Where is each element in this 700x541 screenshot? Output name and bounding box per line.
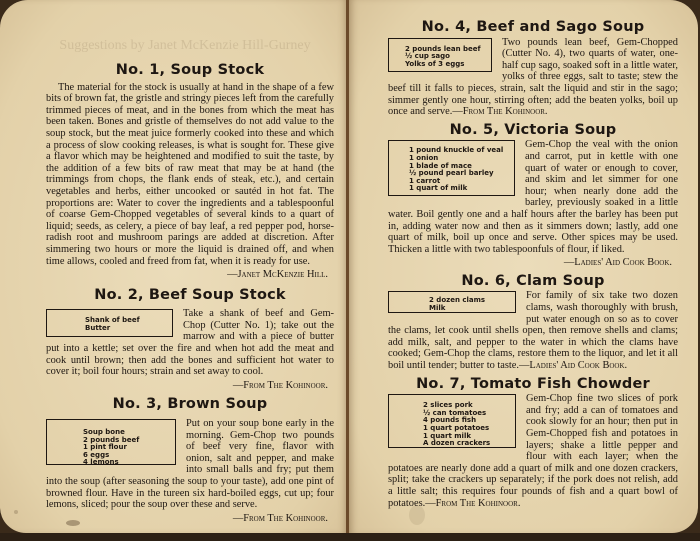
recipe-5: No. 5, Victoria Soup 1 pound knuckle of …: [388, 125, 678, 269]
ingredient: A dozen crackers: [423, 440, 505, 448]
left-column: No. 1, Soup Stock The material for the s…: [46, 65, 334, 533]
left-page: Suggestions by Janet McKenzie Hill-Gurne…: [0, 0, 348, 533]
right-column: No. 4, Beef and Sago Soup 2 pounds lean …: [388, 22, 678, 519]
recipe-credit: —From The Kohinoor.: [46, 513, 328, 525]
ingredients-box: 2 dozen clams Milk: [388, 291, 516, 313]
book-spread: Suggestions by Janet McKenzie Hill-Gurne…: [0, 0, 700, 541]
recipe-title: No. 6, Clam Soup: [388, 276, 678, 288]
recipe-credit: —Ladies' Aid Cook Book.: [388, 257, 672, 269]
ingredients-box: Shank of beef Butter: [46, 309, 173, 337]
recipe-credit: —From The Kohinoor.: [452, 106, 547, 117]
recipe-title: No. 2, Beef Soup Stock: [46, 290, 334, 302]
recipe-credit: —Ladies' Aid Cook Book.: [519, 360, 627, 371]
recipe-4: No. 4, Beef and Sago Soup 2 pounds lean …: [388, 22, 678, 118]
recipe-title: No. 5, Victoria Soup: [388, 125, 678, 137]
recipe-title: No. 3, Brown Soup: [46, 399, 334, 411]
ingredients-box: 2 pounds lean beef ½ cup sago Yolks of 3…: [388, 38, 492, 72]
book-bottom-edge: [0, 533, 700, 541]
recipe-credit: —From The Kohinoor.: [425, 498, 520, 509]
recipe-2: No. 2, Beef Soup Stock Shank of beef But…: [46, 290, 334, 392]
ingredients-box: 2 slices pork ½ can tomatoes 4 pounds fi…: [388, 394, 516, 448]
recipe-3: No. 3, Brown Soup Soup bone 2 pounds bee…: [46, 399, 334, 524]
ingredient: Milk: [429, 305, 505, 313]
recipe-credit: —Janet McKenzie Hill.: [46, 269, 328, 281]
recipe-credit: —From The Kohinoor.: [46, 380, 328, 392]
show-through-header: Suggestions by Janet McKenzie Hill-Gurne…: [40, 38, 330, 54]
recipe-title: No. 1, Soup Stock: [46, 65, 334, 77]
ingredient: Butter: [85, 325, 162, 333]
recipe-6: No. 6, Clam Soup 2 dozen clams Milk For …: [388, 276, 678, 372]
recipe-title: No. 7, Tomato Fish Chowder: [388, 379, 678, 391]
recipe-title: No. 4, Beef and Sago Soup: [388, 22, 678, 34]
recipe-7: No. 7, Tomato Fish Chowder 2 slices pork…: [388, 379, 678, 510]
ingredients-box: 1 pound knuckle of veal 1 onion 1 blade …: [388, 140, 515, 196]
stain-mark: [14, 510, 18, 514]
book-gutter: [346, 0, 349, 535]
recipe-text: The material for the stock is usually at…: [46, 82, 334, 268]
ingredient: 1 quart of milk: [409, 185, 504, 193]
ingredient: Yolks of 3 eggs: [405, 61, 481, 69]
ingredient: 4 lemons: [83, 459, 165, 467]
ingredients-box: Soup bone 2 pounds beef 1 pint flour 6 e…: [46, 419, 176, 465]
recipe-1: No. 1, Soup Stock The material for the s…: [46, 65, 334, 281]
